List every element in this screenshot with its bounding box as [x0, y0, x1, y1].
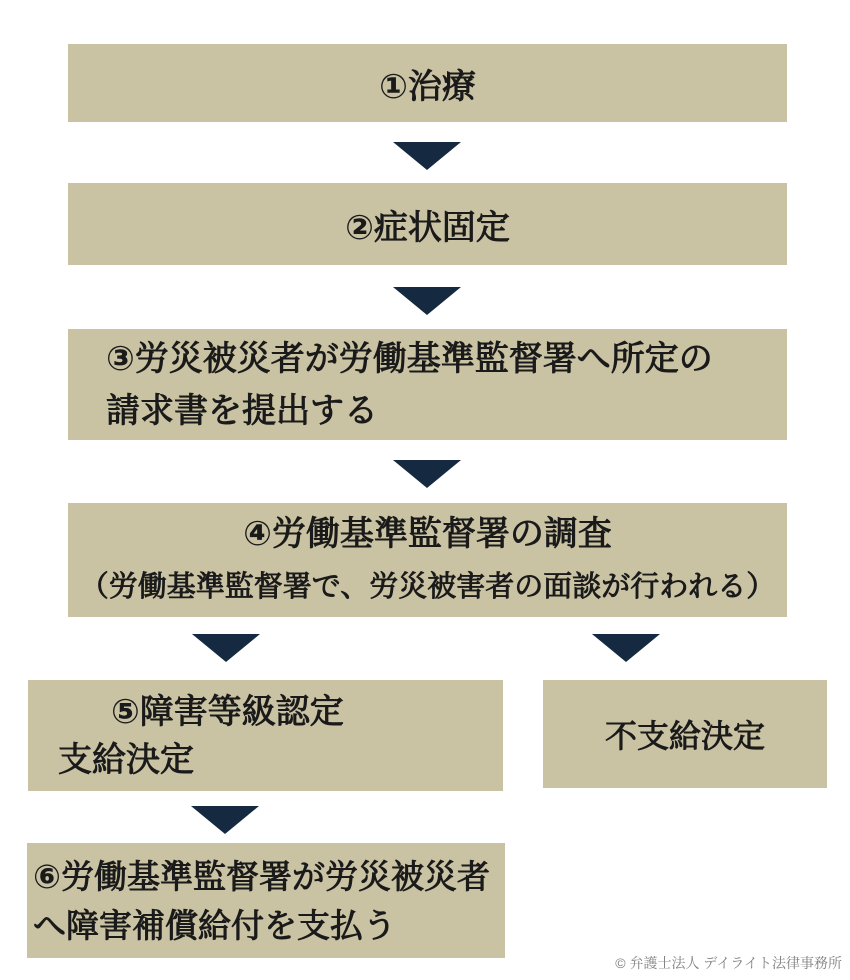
- step-2-label: ②症状固定: [345, 200, 510, 249]
- step-6-line-2: へ障害補償給付を支払う: [33, 901, 505, 950]
- arrow-down-icon: [393, 460, 461, 488]
- step-5-line-2: 支給決定: [58, 736, 503, 784]
- step-5-line-1: ⑤障害等級認定: [111, 688, 503, 736]
- step-3-line-1: ③労災被災者が労働基準監督署へ所定の: [106, 333, 787, 385]
- step-1-label: ①治療: [379, 59, 476, 108]
- flowchart-canvas: ①治療 ②症状固定 ③労災被災者が労働基準監督署へ所定の 請求書を提出する ④労…: [0, 0, 850, 980]
- non-payment-decision-box: 不支給決定: [543, 680, 827, 788]
- step-6-benefit-payment-box: ⑥労働基準監督署が労災被災者 へ障害補償給付を支払う: [27, 843, 505, 958]
- step-2-symptom-fixed-box: ②症状固定: [68, 183, 787, 265]
- copyright-credit: © 弁護士法人 デイライト法律事務所: [615, 953, 842, 973]
- step-3-line-2: 請求書を提出する: [106, 385, 787, 437]
- step-3-claim-submission-box: ③労災被災者が労働基準監督署へ所定の 請求書を提出する: [68, 329, 787, 440]
- step-4-line-2: （労働基準監督署で、労災被害者の面談が行われる）: [80, 561, 775, 613]
- step-6-line-1: ⑥労働基準監督署が労災被災者: [33, 852, 505, 901]
- step-4-investigation-box: ④労働基準監督署の調査 （労働基準監督署で、労災被害者の面談が行われる）: [68, 503, 787, 617]
- step-5-grade-decision-box: ⑤障害等級認定 支給決定: [28, 680, 503, 791]
- step-1-treatment-box: ①治療: [68, 44, 787, 122]
- arrow-down-icon: [393, 142, 461, 170]
- step-4-line-1: ④労働基準監督署の調査: [243, 507, 612, 561]
- arrow-down-icon: [393, 287, 461, 315]
- arrow-down-icon: [592, 634, 660, 662]
- non-payment-label: 不支給決定: [605, 711, 765, 757]
- arrow-down-icon: [191, 806, 259, 834]
- arrow-down-icon: [192, 634, 260, 662]
